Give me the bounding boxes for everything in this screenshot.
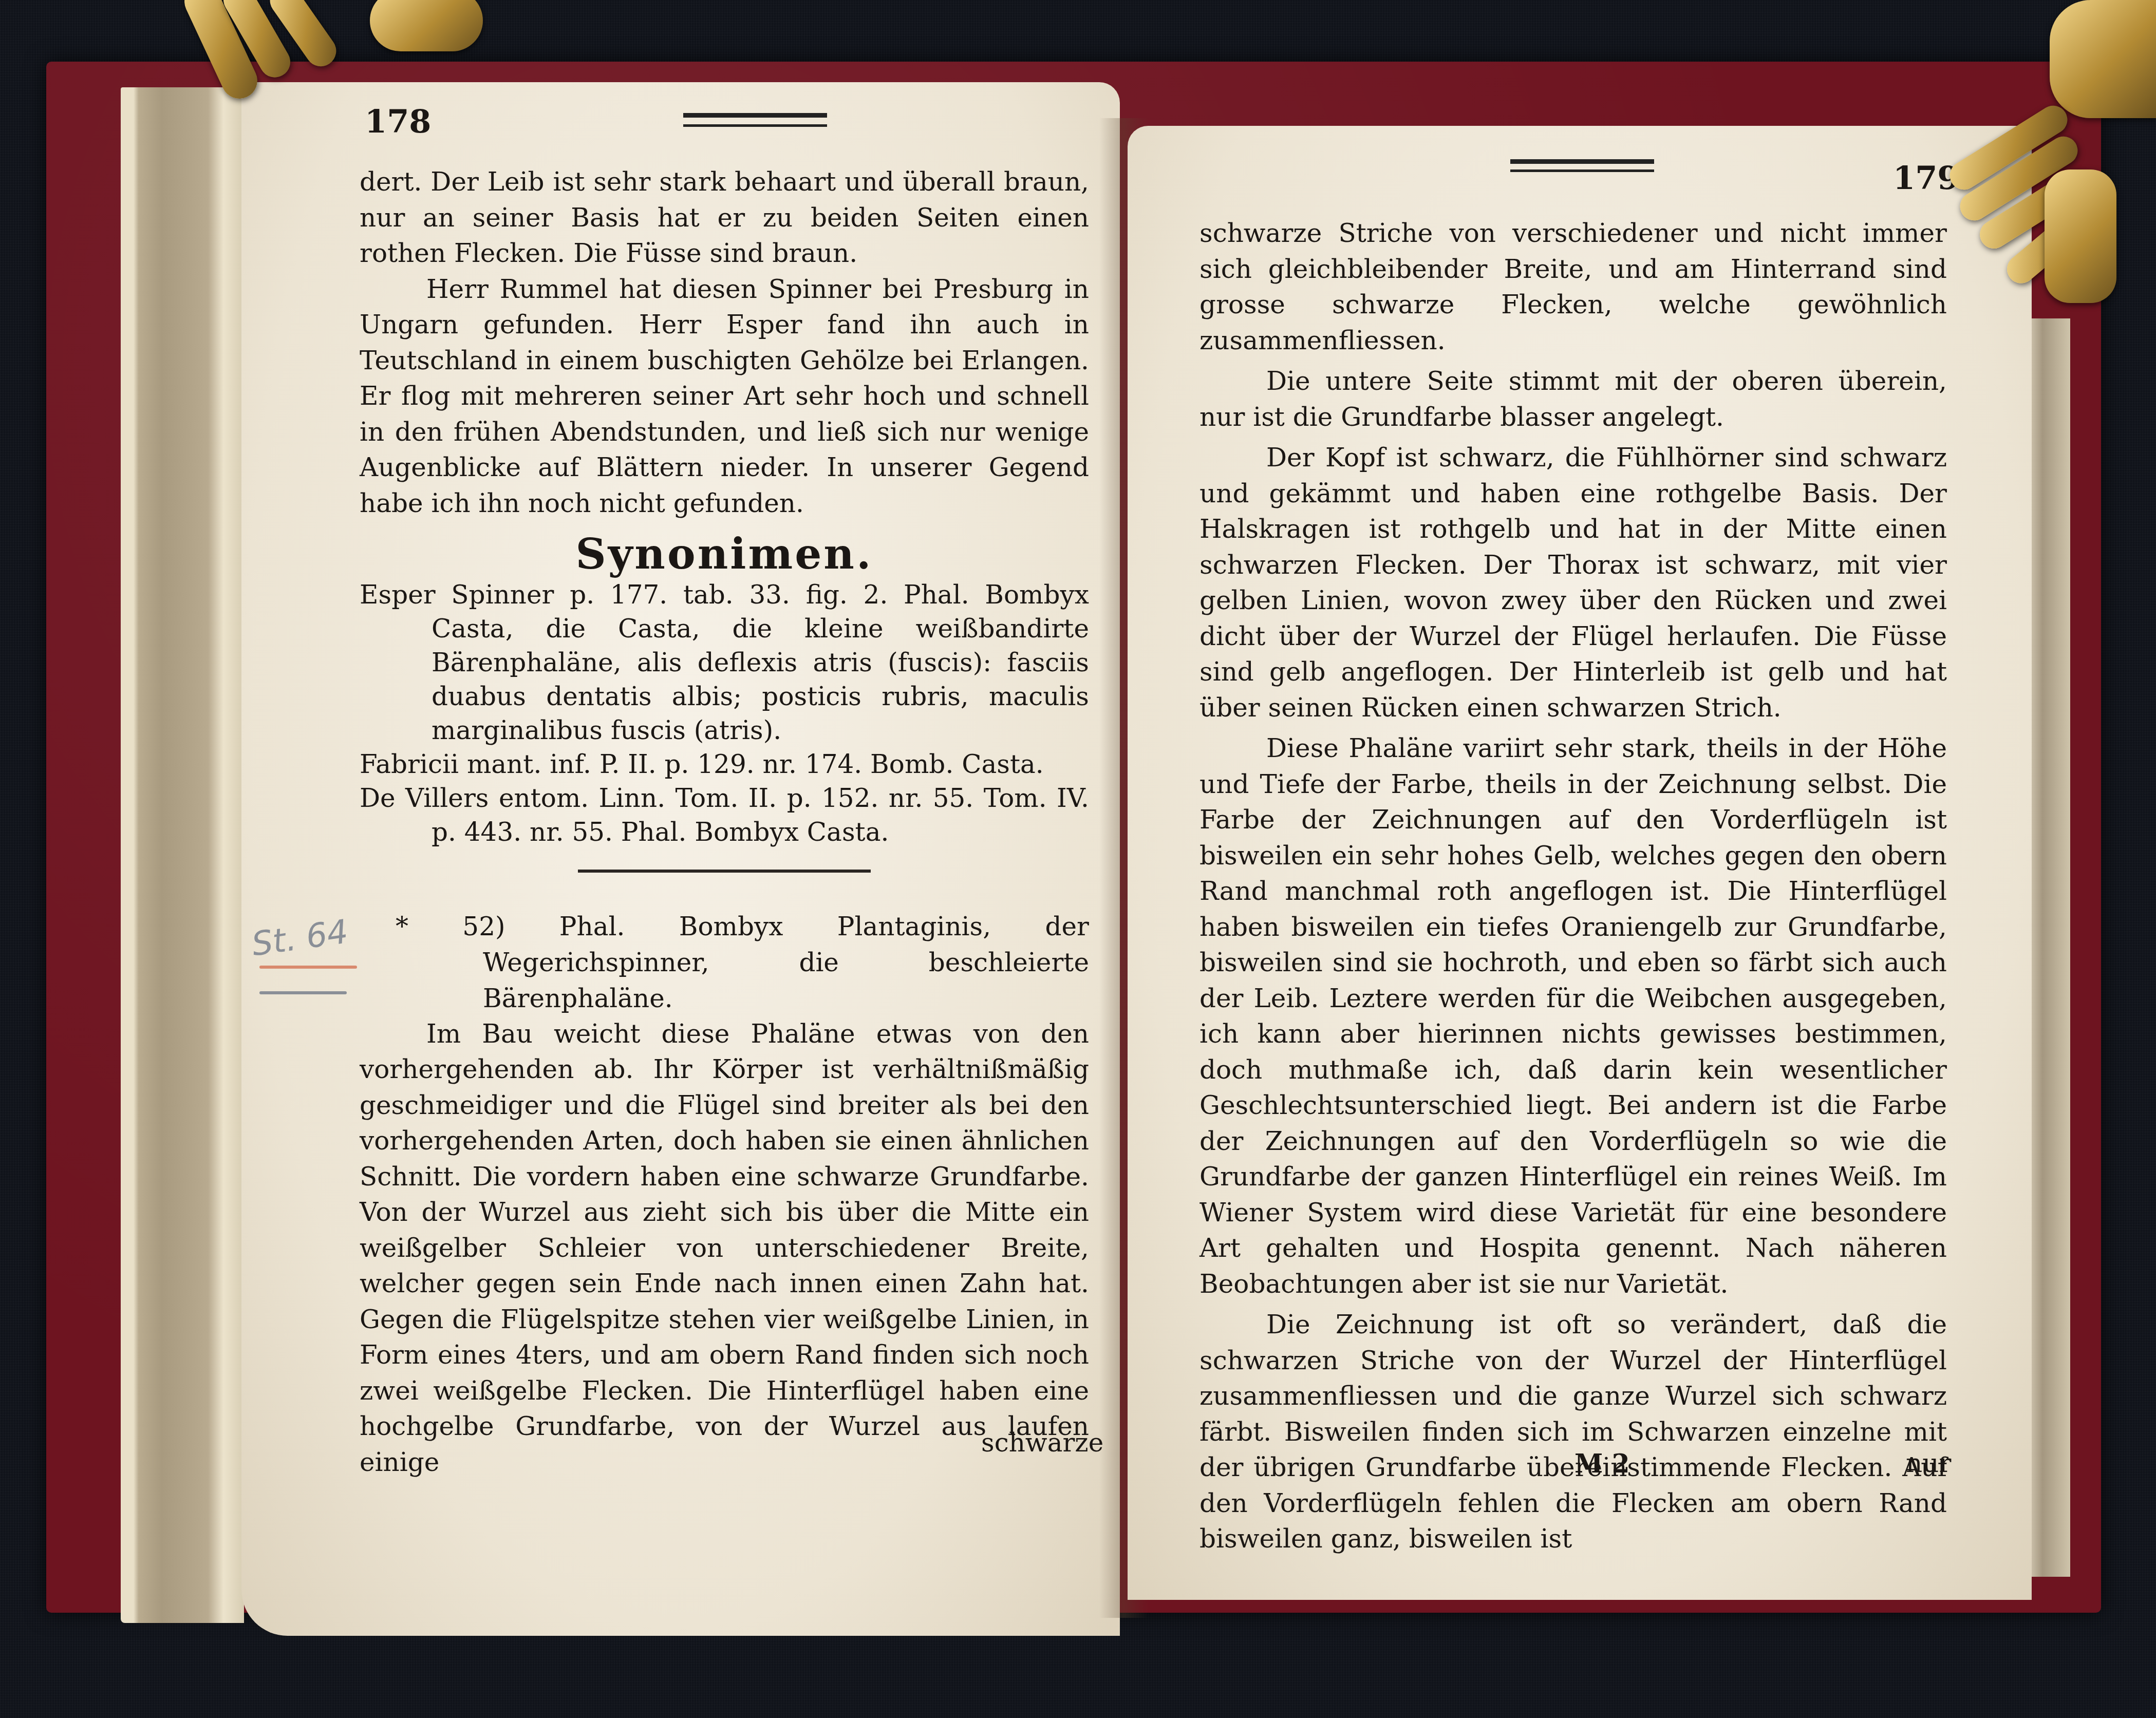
brass-clip-right-hand (2050, 0, 2156, 118)
brass-clip-right-base (2045, 169, 2116, 303)
right-paragraph-4: Diese Phaläne variirt sehr stark, theils… (1199, 731, 1947, 1302)
header-rule-thin (1510, 169, 1654, 172)
brass-clip-left-base (370, 0, 483, 51)
synonym-devillers: De Villers entom. Linn. Tom. II. p. 152.… (360, 781, 1089, 849)
left-page: 178 dert. Der Leib ist sehr stark behaar… (241, 82, 1120, 1636)
right-paragraph-2: Die untere Seite stimmt mit der oberen ü… (1199, 364, 1947, 435)
synonym-fabricius: Fabricii mant. inf. P. II. p. 129. nr. 1… (360, 747, 1089, 781)
synonym-esper: Esper Spinner p. 177. tab. 33. fig. 2. P… (360, 578, 1089, 747)
left-page-body: dert. Der Leib ist sehr stark behaart un… (360, 164, 1089, 1480)
signature-mark: M 2 (1574, 1448, 1630, 1479)
header-rule (683, 113, 827, 118)
species-entry-heading: * 52) Phal. Bombyx Plantaginis, der Wege… (360, 909, 1089, 1016)
right-page-body: schwarze Striche von verschiedener und n… (1199, 216, 1947, 1557)
right-paragraph-3: Der Kopf ist schwarz, die Fühlhörner sin… (1199, 440, 1947, 726)
section-separator (578, 870, 871, 873)
catchword-left: schwarze (981, 1428, 1103, 1458)
catchword-right: nur (1906, 1448, 1951, 1478)
header-rule-thin (683, 124, 827, 127)
left-paragraph-1: dert. Der Leib ist sehr stark behaart un… (360, 164, 1089, 272)
left-paragraph-3: Im Bau weicht diese Phaläne etwas von de… (360, 1016, 1089, 1481)
header-rule (1510, 159, 1654, 164)
page-number-left: 178 (365, 103, 431, 140)
page-edges-left (121, 87, 244, 1623)
red-pencil-mark (259, 966, 357, 969)
right-page: 179 schwarze Striche von verschiedener u… (1128, 126, 2032, 1600)
grey-pencil-mark (259, 991, 347, 994)
right-paragraph-5: Die Zeichnung ist oft so verändert, daß … (1199, 1307, 1947, 1557)
right-paragraph-1: schwarze Striche von verschiedener und n… (1199, 216, 1947, 358)
synonyms-heading: Synonimen. (360, 537, 1089, 573)
left-paragraph-2: Herr Rummel hat diesen Spinner bei Presb… (360, 272, 1089, 522)
